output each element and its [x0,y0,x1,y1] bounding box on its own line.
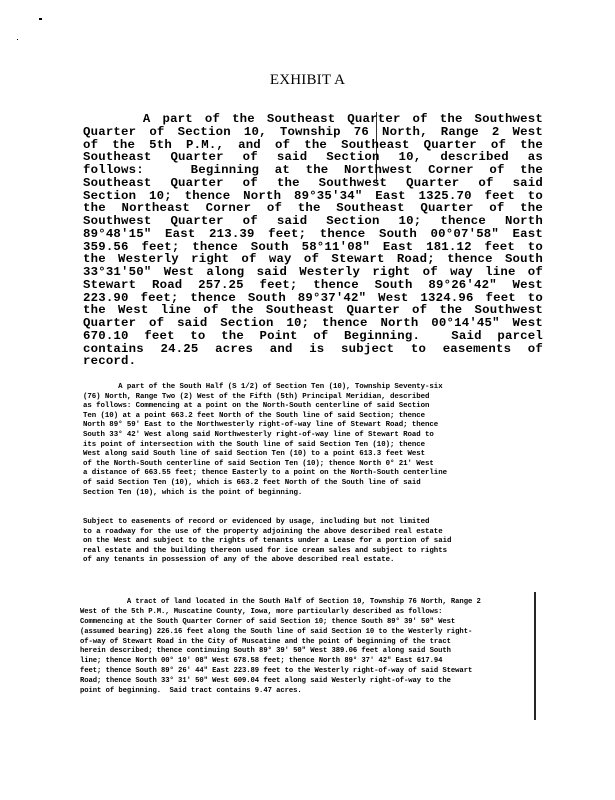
paragraph-line: to a roadway for the use of the property… [83,528,553,538]
paragraph-line: Quarter of said Section 10; thence North… [83,317,543,330]
paragraph-line: Southeast Quarter of the Southwest Quart… [83,177,543,190]
paragraph-line: Ten (10) at a point 663.2 feet North of … [83,412,553,422]
scan-speck [39,18,42,20]
paragraph-line: of the North-South centerline of said Se… [83,460,553,470]
paragraph-line: of-way of Stewart Road in the City of Mu… [80,638,560,648]
paragraph-line: A part of the Southeast Quarter of the S… [83,113,543,126]
paragraph-line: feet; thence South 89° 26' 44" East 223.… [80,667,560,677]
paragraph-line: 33°31'50" West along said Westerly right… [83,266,543,279]
scan-artifact-line [534,592,536,720]
paragraph-line: a distance of 663.55 feet; thence Easter… [83,469,553,479]
paragraph-line: of any tenants in possession of any of t… [83,556,553,566]
paragraph-line: Quarter of Section 10, Township 76 North… [83,126,543,139]
paragraph-line: on the West and subject to the rights of… [83,537,553,547]
paragraph-line: Southwest Quarter of said Section 10; th… [83,215,543,228]
scan-artifact-line [376,112,377,182]
paragraph-line: A part of the South Half (S 1/2) of Sect… [83,383,553,393]
legal-description-paragraph-2: A part of the South Half (S 1/2) of Sect… [83,383,553,498]
paragraph-line: West along said South line of said Secti… [83,450,553,460]
paragraph-line: Section Ten (10), which is the point of … [83,489,553,499]
paragraph-line: contains 24.25 acres and is subject to e… [83,343,543,356]
paragraph-line: real estate and the building thereon use… [83,547,553,557]
scan-speck [17,39,18,40]
page-title: EXHIBIT A [0,72,615,89]
paragraph-line: Road; thence South 33° 31' 50" West 609.… [80,677,560,687]
paragraph-line: 89°48'15" East 213.39 feet; thence South… [83,228,543,241]
paragraph-line: South 33° 42' West along said Northweste… [83,431,553,441]
paragraph-line: herein described; thence continuing Sout… [80,647,560,657]
paragraph-line: as follows: Commencing at a point on the… [83,402,553,412]
legal-description-paragraph-1: A part of the Southeast Quarter of the S… [83,113,543,368]
paragraph-line: follows: Beginning at the Northwest Corn… [83,164,543,177]
paragraph-line: point of beginning. Said tract contains … [80,687,560,697]
paragraph-line: (76) North, Range Two (2) West of the Fi… [83,393,553,403]
paragraph-line: its point of intersection with the South… [83,441,553,451]
paragraph-line: Commencing at the South Quarter Corner o… [80,618,560,628]
paragraph-line: record. [83,355,543,368]
paragraph-line: 670.10 feet to the Point of Beginning. S… [83,330,543,343]
paragraph-line: Subject to easements of record or eviden… [83,518,553,528]
paragraph-line: A tract of land located in the South Hal… [80,598,560,608]
paragraph-line: North 89° 59' East to the Northwesterly … [83,421,553,431]
legal-description-paragraph-3: A tract of land located in the South Hal… [80,598,560,697]
subject-to-clause-paragraph: Subject to easements of record or eviden… [83,518,553,566]
paragraph-line: line; thence North 00° 10' 08" West 678.… [80,657,560,667]
paragraph-line: of said Section Ten (10), which is 663.2… [83,479,553,489]
paragraph-line: (assumed bearing) 226.16 feet along the … [80,628,560,638]
paragraph-line: Stewart Road 257.25 feet; thence South 8… [83,279,543,292]
paragraph-line: West of the 5th P.M., Muscatine County, … [80,608,560,618]
document-page: EXHIBIT A A part of the Southeast Quarte… [0,0,615,800]
